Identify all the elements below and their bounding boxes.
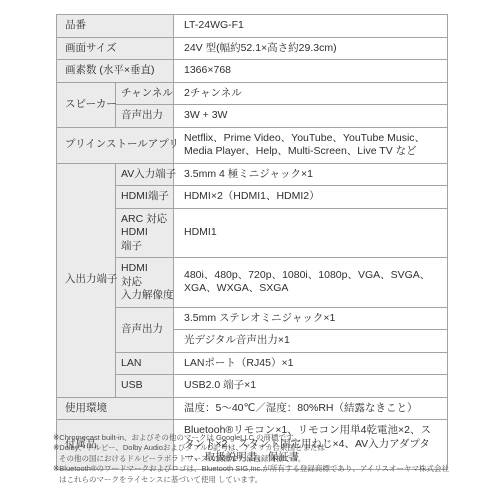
table-row-hdmi: HDMI端子 HDMI×2（HDMI1、HDMI2） xyxy=(57,186,448,209)
table-row-lan: LAN LANポート（RJ45）×1 xyxy=(57,352,448,375)
row-value-arc-hdmi: HDMI1 xyxy=(174,208,448,258)
footnote-line: ※Dolby、ドルビー、Dolby AudioおよびダブルD記号は、アメリカ合衆… xyxy=(53,443,493,453)
product-spec-page: 品番 LT-24WG-F1 画面サイズ 24V 型(幅約52.1×高さ約29.3… xyxy=(0,0,500,500)
row-sublabel-usb: USB xyxy=(116,375,174,398)
row-value-io-audio-digital: 光デジタル音声出力×1 xyxy=(174,330,448,353)
table-row-screen-size: 画面サイズ 24V 型(幅約52.1×高さ約29.3cm) xyxy=(57,37,448,60)
row-label-speaker: スピーカー xyxy=(57,82,116,127)
row-sublabel-hdmi: HDMI端子 xyxy=(116,186,174,209)
footnotes: ※Chromecast built-in、およびその他のマークは GoogleL… xyxy=(53,433,493,485)
row-value-io-audio-analog: 3.5mm ステレオミニジャック×1 xyxy=(174,307,448,330)
row-label-product-number: 品番 xyxy=(57,15,174,38)
row-sublabel-lan: LAN xyxy=(116,352,174,375)
row-value-av-input: 3.5mm 4 極ミニジャック×1 xyxy=(174,163,448,186)
table-row-arc-hdmi: ARC 対応 HDMI 端子 HDMI1 xyxy=(57,208,448,258)
row-value-speaker-audio-output: 3W + 3W xyxy=(174,105,448,128)
row-value-environment: 温度：5～40℃／湿度：80%RH（結露なきこと） xyxy=(174,397,448,420)
row-sublabel-hdmi-resolution: HDMI 対応 入力解像度 xyxy=(116,258,174,308)
table-row-usb: USB USB2.0 端子×1 xyxy=(57,375,448,398)
row-value-pixels: 1366×768 xyxy=(174,60,448,83)
row-value-hdmi: HDMI×2（HDMI1、HDMI2） xyxy=(174,186,448,209)
row-value-usb: USB2.0 端子×1 xyxy=(174,375,448,398)
table-row-environment: 使用環境 温度：5～40℃／湿度：80%RH（結露なきこと） xyxy=(57,397,448,420)
table-row-pixels: 画素数 (水平×垂直) 1366×768 xyxy=(57,60,448,83)
row-label-io-terminals: 入出力端子 xyxy=(57,163,116,397)
footnote-line: その他の国におけるドルビーラボラトリーズの商標または登録商標です。 xyxy=(53,454,493,464)
row-value-product-number: LT-24WG-F1 xyxy=(174,15,448,38)
table-row-io-audio-analog: 音声出力 3.5mm ステレオミニジャック×1 xyxy=(57,307,448,330)
row-sublabel-io-audio-output: 音声出力 xyxy=(116,307,174,352)
row-sublabel-av-input: AV入力端子 xyxy=(116,163,174,186)
table-row-preinstalled-apps: プリインストールアプリ Netflix、Prime Video、YouTube、… xyxy=(57,127,448,163)
table-row-product-number: 品番 LT-24WG-F1 xyxy=(57,15,448,38)
footnote-line: ※Chromecast built-in、およびその他のマークは GoogleL… xyxy=(53,433,493,443)
row-sublabel-speaker-audio-output: 音声出力 xyxy=(116,105,174,128)
table-row-speaker-channel: スピーカー チャンネル 2チャンネル xyxy=(57,82,448,105)
row-label-screen-size: 画面サイズ xyxy=(57,37,174,60)
row-value-preinstalled-apps: Netflix、Prime Video、YouTube、YouTube Musi… xyxy=(174,127,448,163)
row-label-environment: 使用環境 xyxy=(57,397,174,420)
row-value-hdmi-resolution: 480i、480p、720p、1080i、1080p、VGA、SVGA、XGA、… xyxy=(174,258,448,308)
row-sublabel-arc-hdmi: ARC 対応 HDMI 端子 xyxy=(116,208,174,258)
row-value-channel: 2チャンネル xyxy=(174,82,448,105)
footnote-line: ※Bluetooth®のワードマークおよびロゴは、Bluetooth SIG,I… xyxy=(53,464,493,474)
table-row-av-input: 入出力端子 AV入力端子 3.5mm 4 極ミニジャック×1 xyxy=(57,163,448,186)
footnote-line: はこれらのマークをライセンスに基づいて使用 しています。 xyxy=(53,475,493,485)
row-value-screen-size: 24V 型(幅約52.1×高さ約29.3cm) xyxy=(174,37,448,60)
spec-table: 品番 LT-24WG-F1 画面サイズ 24V 型(幅約52.1×高さ約29.3… xyxy=(56,14,448,470)
row-label-preinstalled-apps: プリインストールアプリ xyxy=(57,127,174,163)
row-value-lan: LANポート（RJ45）×1 xyxy=(174,352,448,375)
row-sublabel-channel: チャンネル xyxy=(116,82,174,105)
row-label-pixels: 画素数 (水平×垂直) xyxy=(57,60,174,83)
